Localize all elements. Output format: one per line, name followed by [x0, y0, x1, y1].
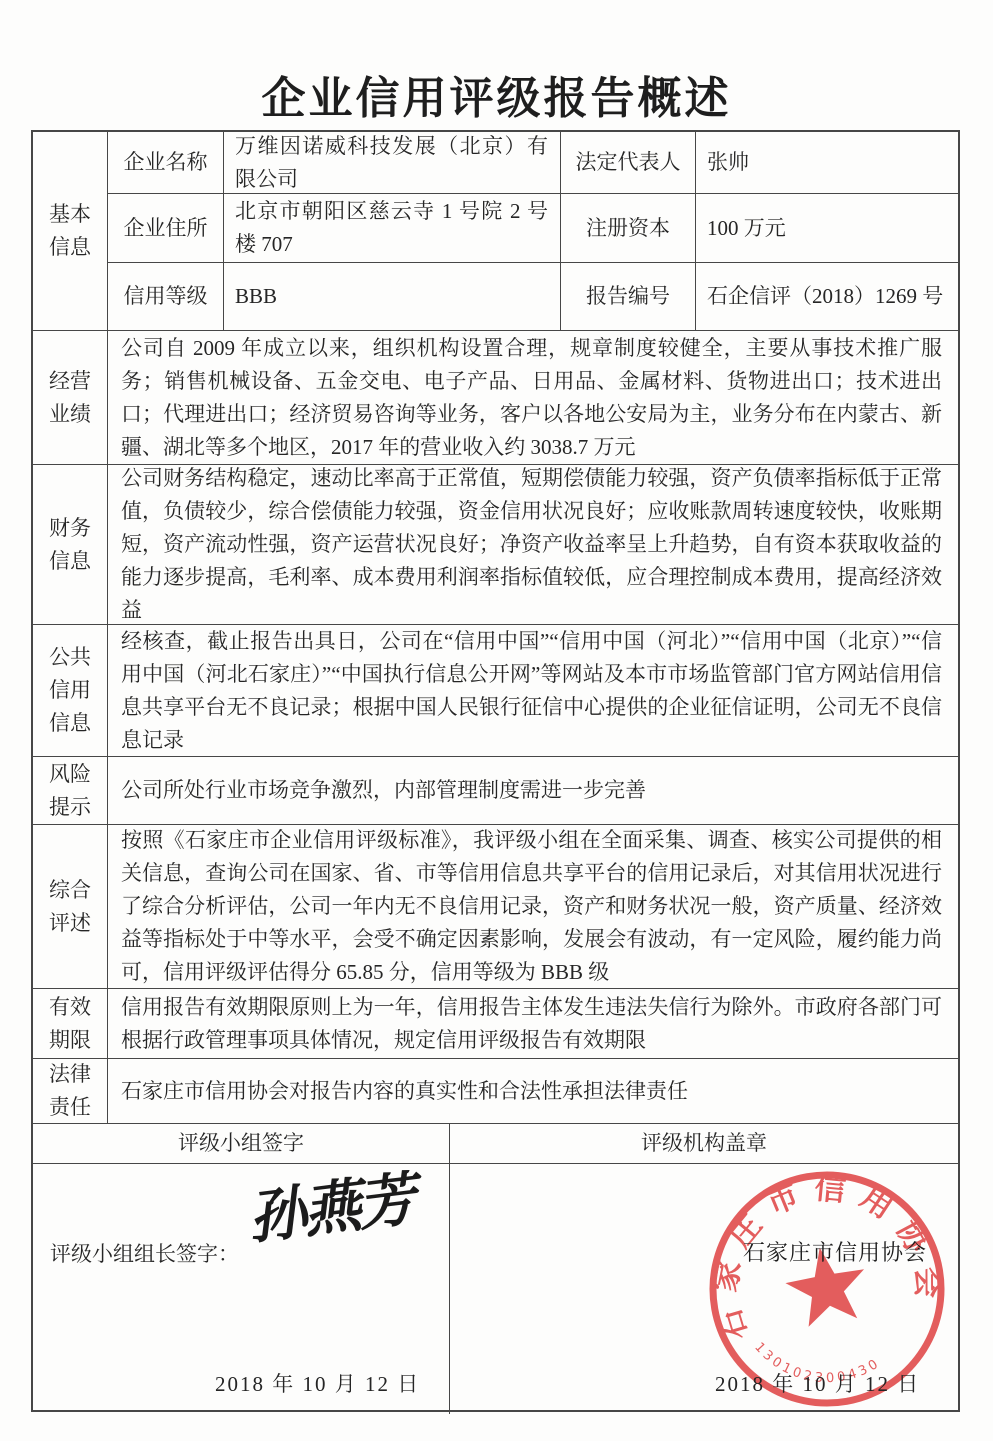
section-label: 财务信息: [33, 465, 108, 624]
basic-info-band: 基本信息 企业名称 万维因诺威科技发展（北京）有限公司 法定代表人 张帅 企业住…: [33, 132, 958, 331]
report-table: 基本信息 企业名称 万维因诺威科技发展（北京）有限公司 法定代表人 张帅 企业住…: [31, 130, 960, 1412]
section-text: 经核查，截止报告出具日，公司在“信用中国”“信用中国（河北）”“信用中国（北京）…: [108, 625, 958, 756]
section-business-performance: 经营业绩 公司自 2009 年成立以来，组织机构设置合理，规章制度较健全，主要从…: [33, 331, 958, 465]
section-label: 风险提示: [33, 757, 108, 824]
signature-date: 2018 年 10 月 12 日: [215, 1368, 420, 1401]
field-value-report-number: 石企信评（2018）1269 号: [696, 263, 958, 330]
section-financial-info: 财务信息 公司财务结构稳定，速动比率高于正常值，短期偿债能力较强，资产负债率指标…: [33, 465, 958, 625]
field-label-company-name: 企业名称: [108, 132, 224, 193]
page-title: 企业信用评级报告概述: [0, 62, 993, 126]
section-legal-liability: 法律责任 石家庄市信用协会对报告内容的真实性和合法性承担法律责任: [33, 1059, 958, 1124]
section-label: 综合评述: [33, 825, 108, 988]
field-value-legal-representative: 张帅: [696, 132, 958, 193]
section-overall-review: 综合评述 按照《石家庄市企业信用评级标准》，我评级小组在全面采集、调查、核实公司…: [33, 825, 958, 989]
rating-agency-stamp-cell: 石家庄市信用协会 2018 年 10 月 12 日 石家庄市信用协会 13010…: [450, 1164, 958, 1414]
stamp-date: 2018 年 10 月 12 日: [715, 1368, 920, 1401]
handwritten-signature: 孙燕芳: [252, 1182, 420, 1236]
field-value-company-address: 北京市朝阳区慈云寺 1 号院 2 号楼 707: [224, 194, 561, 262]
section-text: 公司财务结构稳定，速动比率高于正常值，短期偿债能力较强，资产负债率指标低于正常值…: [108, 465, 958, 624]
section-risk-warning: 风险提示 公司所处行业市场竞争激烈，内部管理制度需进一步完善: [33, 757, 958, 825]
section-validity-period: 有效期限 信用报告有效期限原则上为一年，信用报告主体发生违法失信行为除外。市政府…: [33, 989, 958, 1059]
rating-team-signature-cell: 评级小组组长签字： 孙燕芳 2018 年 10 月 12 日: [33, 1164, 450, 1414]
field-value-registered-capital: 100 万元: [696, 194, 958, 262]
signoff-band: 评级小组组长签字： 孙燕芳 2018 年 10 月 12 日 石家庄市信用协会 …: [33, 1164, 958, 1414]
basic-info-rows: 企业名称 万维因诺威科技发展（北京）有限公司 法定代表人 张帅 企业住所 北京市…: [108, 132, 958, 330]
section-public-credit-info: 公共信用信息 经核查，截止报告出具日，公司在“信用中国”“信用中国（河北）”“信…: [33, 625, 958, 757]
section-label: 公共信用信息: [33, 625, 108, 756]
field-label-company-address: 企业住所: [108, 194, 224, 262]
team-leader-signature-label: 评级小组组长签字：: [50, 1238, 239, 1271]
field-value-credit-grade: BBB: [224, 263, 561, 330]
rating-team-signature-header: 评级小组签字: [33, 1124, 450, 1163]
section-label: 有效期限: [33, 989, 108, 1058]
section-text: 公司自 2009 年成立以来，组织机构设置合理，规章制度较健全，主要从事技术推广…: [108, 331, 958, 464]
field-value-company-name: 万维因诺威科技发展（北京）有限公司: [224, 132, 561, 193]
field-label-credit-grade: 信用等级: [108, 263, 224, 330]
section-label: 经营业绩: [33, 331, 108, 464]
section-text: 公司所处行业市场竞争激烈，内部管理制度需进一步完善: [108, 757, 958, 824]
section-text: 信用报告有效期限原则上为一年，信用报告主体发生违法失信行为除外。市政府各部门可根…: [108, 989, 958, 1058]
section-text: 石家庄市信用协会对报告内容的真实性和合法性承担法律责任: [108, 1059, 958, 1123]
section-label: 法律责任: [33, 1059, 108, 1123]
field-label-legal-representative: 法定代表人: [561, 132, 696, 193]
agency-name: 石家庄市信用协会: [743, 1236, 927, 1269]
table-row: 信用等级 BBB 报告编号 石企信评（2018）1269 号: [108, 263, 958, 330]
field-label-registered-capital: 注册资本: [561, 194, 696, 262]
table-row: 企业名称 万维因诺威科技发展（北京）有限公司 法定代表人 张帅: [108, 132, 958, 194]
table-row: 企业住所 北京市朝阳区慈云寺 1 号院 2 号楼 707 注册资本 100 万元: [108, 194, 958, 263]
section-label-basic-info: 基本信息: [33, 132, 108, 330]
section-text: 按照《石家庄市企业信用评级标准》，我评级小组在全面采集、调查、核实公司提供的相关…: [108, 825, 958, 988]
field-label-report-number: 报告编号: [561, 263, 696, 330]
